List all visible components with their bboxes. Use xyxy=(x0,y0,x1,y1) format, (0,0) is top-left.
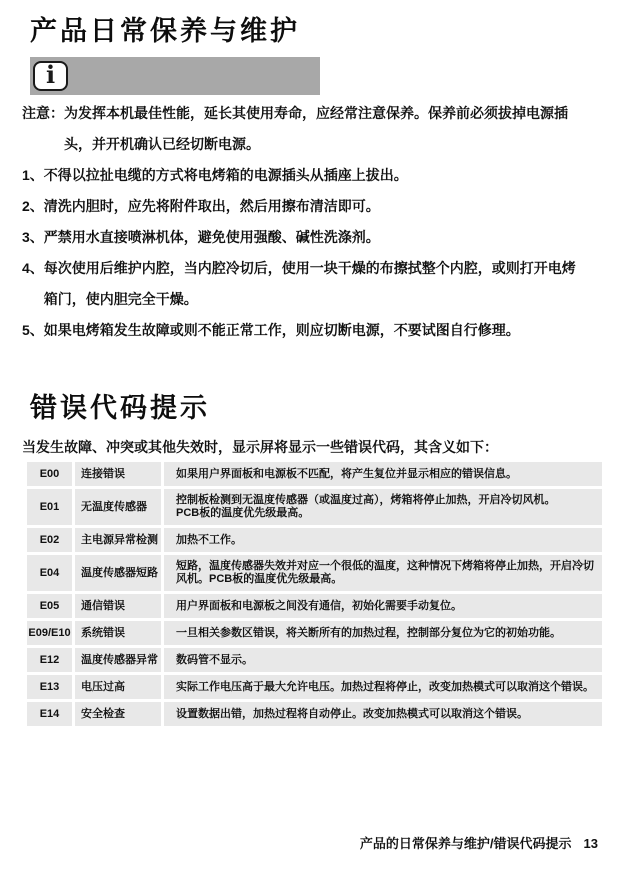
item-number: 2、 xyxy=(22,191,44,222)
list-item: 2、 清洗内胆时，应先将附件取出，然后用擦布清洁即可。 xyxy=(22,191,603,222)
error-code-cell: E04 xyxy=(27,555,72,591)
page-number: 13 xyxy=(584,836,598,851)
error-desc-cell: 短路，温度传感器失效并对应一个很低的温度，这种情况下烤箱将停止加热，开启冷切风机… xyxy=(164,555,602,591)
footer-label: 产品的日常保养与维护/错误代码提示 xyxy=(360,836,572,851)
error-code-cell: E02 xyxy=(27,528,72,552)
caution-note-text: 为发挥本机最佳性能，延长其使用寿命，应经常注意保养。保养前必须拔掉电源插 头，并… xyxy=(64,98,603,160)
list-item: 5、 如果电烤箱发生故障或则不能正常工作，则应切断电源，不要试图自行修理。 xyxy=(22,315,603,346)
error-desc-cell: 数码管不显示。 xyxy=(164,648,602,672)
maintenance-list: 1、 不得以拉扯电缆的方式将电烤箱的电源插头从插座上拔出。 2、 清洗内胆时，应… xyxy=(22,160,603,346)
error-name-cell: 温度传感器异常 xyxy=(75,648,161,672)
error-code-cell: E09/E10 xyxy=(27,621,72,645)
error-desc-cell: 控制板检测到无温度传感器（或温度过高），烤箱将停止加热，开启冷切风机。 PCB板… xyxy=(164,489,602,525)
error-desc-cell: 一旦相关参数区错误，将关断所有的加热过程，控制部分复位为它的初始功能。 xyxy=(164,621,602,645)
info-banner: i xyxy=(30,57,320,95)
error-name-cell: 连接错误 xyxy=(75,462,161,486)
error-code-cell: E12 xyxy=(27,648,72,672)
error-desc-cell: 用户界面板和电源板之间没有通信，初始化需要手动复位。 xyxy=(164,594,602,618)
error-code-table: E00 连接错误 如果用户界面板和电源板不匹配，将产生复位并显示相应的错误信息。… xyxy=(27,462,602,726)
maintenance-section-body: 注意： 为发挥本机最佳性能，延长其使用寿命，应经常注意保养。保养前必须拔掉电源插… xyxy=(22,98,603,346)
item-number: 4、 xyxy=(22,253,44,284)
item-number: 5、 xyxy=(22,315,44,346)
error-desc-cell: 设置数据出错，加热过程将自动停止。改变加热模式可以取消这个错误。 xyxy=(164,702,602,726)
list-item: 1、 不得以拉扯电缆的方式将电烤箱的电源插头从插座上拔出。 xyxy=(22,160,603,191)
error-code-cell: E00 xyxy=(27,462,72,486)
info-icon-glyph: i xyxy=(46,63,55,87)
item-text: 不得以拉扯电缆的方式将电烤箱的电源插头从插座上拔出。 xyxy=(44,160,603,191)
item-text: 清洗内胆时，应先将附件取出，然后用擦布清洁即可。 xyxy=(44,191,603,222)
list-item: 3、 严禁用水直接喷淋机体，避免使用强酸、碱性洗涤剂。 xyxy=(22,222,603,253)
item-text: 每次使用后维护内腔，当内腔冷切后，使用一块干燥的布擦拭整个内腔，或则打开电烤 箱… xyxy=(44,253,603,315)
manual-page: 产品日常保养与维护 i 注意： 为发挥本机最佳性能，延长其使用寿命，应经常注意保… xyxy=(0,0,625,869)
list-item: 4、 每次使用后维护内腔，当内腔冷切后，使用一块干燥的布擦拭整个内腔，或则打开电… xyxy=(22,253,603,315)
item-text: 严禁用水直接喷淋机体，避免使用强酸、碱性洗涤剂。 xyxy=(44,222,603,253)
item-number: 1、 xyxy=(22,160,44,191)
page-footer: 产品的日常保养与维护/错误代码提示13 xyxy=(360,836,598,852)
item-text: 如果电烤箱发生故障或则不能正常工作，则应切断电源，不要试图自行修理。 xyxy=(44,315,603,346)
error-name-cell: 通信错误 xyxy=(75,594,161,618)
error-name-cell: 温度传感器短路 xyxy=(75,555,161,591)
error-desc-cell: 如果用户界面板和电源板不匹配，将产生复位并显示相应的错误信息。 xyxy=(164,462,602,486)
error-name-cell: 系统错误 xyxy=(75,621,161,645)
error-name-cell: 电压过高 xyxy=(75,675,161,699)
error-name-cell: 主电源异常检测 xyxy=(75,528,161,552)
error-code-cell: E05 xyxy=(27,594,72,618)
error-code-cell: E01 xyxy=(27,489,72,525)
error-desc-cell: 加热不工作。 xyxy=(164,528,602,552)
item-number: 3、 xyxy=(22,222,44,253)
error-name-cell: 无温度传感器 xyxy=(75,489,161,525)
caution-note: 注意： 为发挥本机最佳性能，延长其使用寿命，应经常注意保养。保养前必须拔掉电源插… xyxy=(22,98,603,160)
error-name-cell: 安全检查 xyxy=(75,702,161,726)
caution-note-label: 注意： xyxy=(22,98,64,129)
error-code-cell: E14 xyxy=(27,702,72,726)
section-title-error-codes: 错误代码提示 xyxy=(30,394,210,424)
page-title: 产品日常保养与维护 xyxy=(30,17,300,47)
error-codes-intro: 当发生故障、冲突或其他失效时，显示屏将显示一些错误代码，其含义如下： xyxy=(22,437,603,457)
error-desc-cell: 实际工作电压高于最大允许电压。加热过程将停止，改变加热模式可以取消这个错误。 xyxy=(164,675,602,699)
error-code-cell: E13 xyxy=(27,675,72,699)
info-icon: i xyxy=(33,61,68,91)
